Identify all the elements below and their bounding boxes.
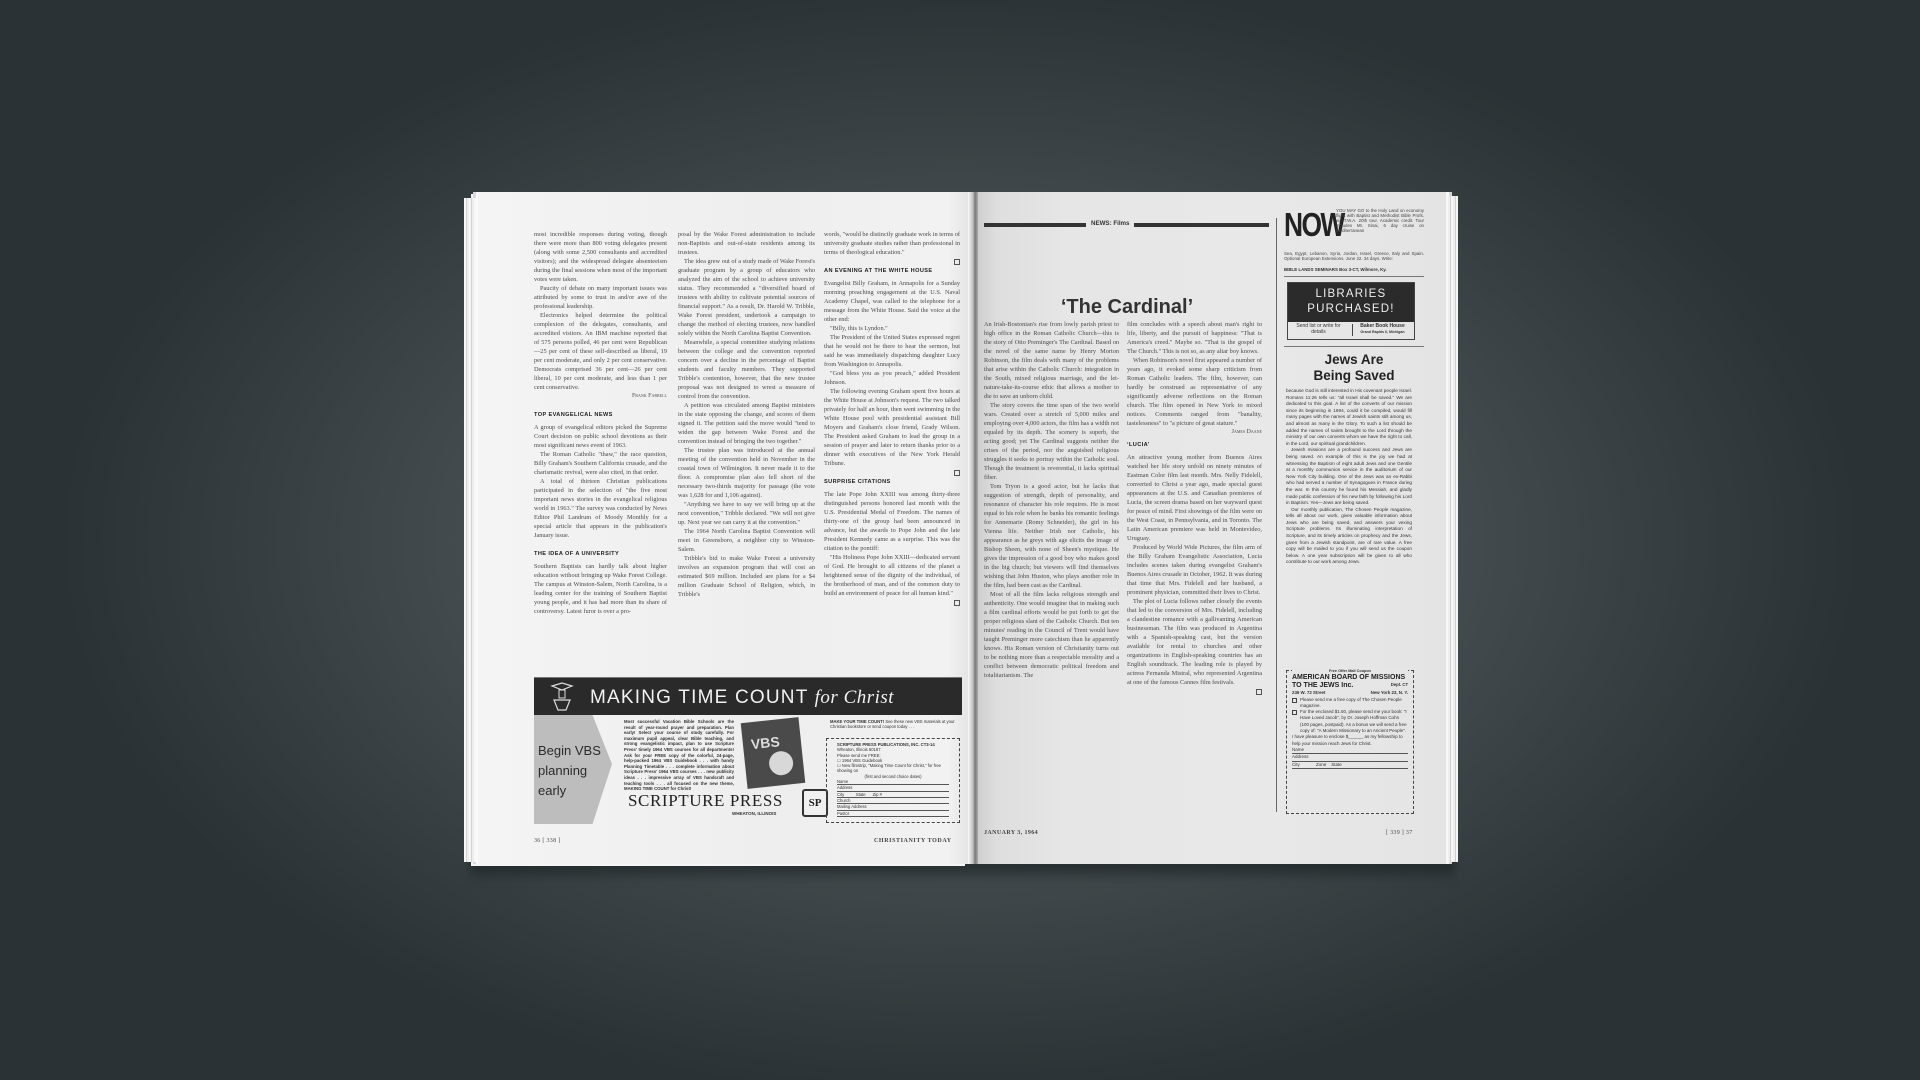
end-mark-icon (954, 600, 960, 606)
coupon-field-pastor[interactable]: Pastor (837, 811, 949, 817)
ad-arrow-text: Begin VBS planning early (538, 741, 618, 801)
right-col-1: An Irish-Bostonian's rise from lowly par… (984, 320, 1119, 680)
left-col-2: posal by the Wake Forest administration … (678, 230, 815, 599)
magazine-spread: most incredible responses during voting,… (478, 192, 1446, 866)
paragraph: The Roman Catholic "thaw," the race ques… (534, 450, 667, 477)
paragraph: "God bless you as you preach," added Pre… (824, 369, 960, 387)
scripture-press-ad: MAKING TIME COUNT for Christ Begin VBS p… (534, 677, 964, 825)
paragraph: An Irish-Bostonian's rise from lowly par… (984, 320, 1119, 401)
paragraph: The following evening Graham spent five … (824, 387, 960, 468)
paragraph: An attractive young mother from Buenos A… (1127, 453, 1262, 543)
section-heading: THE IDEA OF A UNIVERSITY (534, 550, 667, 559)
left-page: most incredible responses during voting,… (478, 192, 972, 864)
paragraph: The late Pope John XXIII was among thirt… (824, 490, 960, 553)
paragraph: "His Holiness Pope John XXIII—dedicated … (824, 553, 960, 598)
checkbox-icon (1292, 710, 1297, 715)
page-number-left: 36 [ 338 ] (534, 838, 561, 844)
section-heading: SURPRISE CITATIONS (824, 478, 960, 487)
byline: James Daane (1127, 428, 1262, 437)
column-divider (1276, 218, 1277, 812)
paragraph: "Anything we have to say we will bring u… (678, 500, 815, 527)
ad-body-text: Most successful Vacation Bible Schools a… (624, 719, 734, 792)
ad-headline: NOW (1284, 206, 1344, 244)
bible-lands-ad: NOW YOU MAY GO to the Holy Land on econo… (1284, 206, 1424, 274)
ad-arrow-shape: Begin VBS planning early (534, 715, 612, 824)
ad-headline: Jews Are Being Saved (1284, 352, 1424, 384)
right-col-2: film concludes with a speech about man's… (1127, 320, 1262, 695)
paragraph: Evangelist Billy Graham, in Annapolis fo… (824, 279, 960, 324)
issue-date: JANUARY 3, 1964 (984, 830, 1038, 836)
ad-banner: MAKING TIME COUNT for Christ (534, 677, 962, 715)
coupon-field-name[interactable]: Name (1292, 747, 1408, 754)
paragraph: Produced by World Wide Pictures, the fil… (1127, 543, 1262, 597)
page-edges-right (1448, 196, 1458, 862)
section-label: NEWS: Films (1088, 220, 1133, 227)
paragraph: most incredible responses during voting,… (534, 230, 667, 284)
page-number-right: [ 339 ] 37 (1386, 830, 1413, 836)
paragraph: Tribble's bid to make Wake Forest a univ… (678, 554, 815, 599)
byline: Frank Farrell (534, 392, 667, 401)
divider (1284, 276, 1424, 277)
ad-banner-title: MAKING TIME COUNT for Christ (590, 687, 894, 709)
paragraph: The President of the United States expre… (824, 333, 960, 369)
publisher-city: WHEATON, ILLINOIS (732, 811, 776, 816)
paragraph: posal by the Wake Forest administration … (678, 230, 815, 257)
coupon-option[interactable]: ☐ New filmstrip, "Making Time Count for … (837, 763, 949, 774)
libraries-purchased-ad: LIBRARIES PURCHASED! Send list or write … (1287, 282, 1415, 340)
publisher-name: SCRIPTURE PRESS (628, 791, 783, 811)
vbs-book-image: VBS (741, 717, 806, 789)
checkbox-icon (1292, 698, 1297, 703)
ad-headline: LIBRARIES PURCHASED! (1288, 283, 1414, 322)
coupon-field-address[interactable]: Address (1292, 754, 1408, 761)
sp-logo-icon: SP (802, 789, 828, 817)
paragraph: When Robinson's novel first appeared a n… (1127, 356, 1262, 428)
ad-cta: MAKE YOUR TIME COUNT! See these new VBS … (830, 719, 958, 729)
paragraph: The 1964 North Carolina Baptist Conventi… (678, 527, 815, 554)
hourglass-icon (548, 682, 576, 712)
page-edges-left (464, 198, 476, 862)
end-mark-icon (954, 470, 960, 476)
paragraph: The idea grew out of a study made of Wak… (678, 257, 815, 338)
mission-coupon: Free Offer Mail Coupon AMERICAN BOARD OF… (1286, 670, 1414, 814)
coupon-option[interactable]: Please send me a free copy of The Chosen… (1292, 697, 1408, 710)
paragraph: A total of thirteen Christian publicatio… (534, 477, 667, 540)
paragraph: Most of all the film lacks religious str… (984, 590, 1119, 680)
right-page: NEWS: Films ‘The Cardinal’ An Irish-Bost… (972, 192, 1446, 864)
vbs-coupon: SCRIPTURE PRESS PUBLICATIONS, INC. CT3-1… (826, 738, 960, 823)
paragraph: A group of evangelical editors picked th… (534, 423, 667, 450)
coupon-option[interactable]: For the enclosed $1.50, please send me y… (1292, 709, 1408, 734)
section-heading: TOP EVANGELICAL NEWS (534, 411, 667, 420)
paragraph: The trustee plan was introduced at the a… (678, 446, 815, 500)
left-col-1: most incredible responses during voting,… (534, 230, 667, 616)
paragraph: The story covers the time span of the tw… (984, 401, 1119, 482)
paragraph: Meanwhile, a special committee studying … (678, 338, 815, 401)
spine-gutter (968, 192, 978, 864)
coupon-field-city[interactable]: City Zone State (1292, 762, 1408, 769)
paragraph: Electronics helped determine the politic… (534, 311, 667, 392)
left-col-3: words, "would be distinctly graduate wor… (824, 230, 960, 606)
paragraph: Paucity of debate on many important issu… (534, 284, 667, 311)
paragraph: film concludes with a speech about man's… (1127, 320, 1262, 356)
divider (1284, 346, 1424, 347)
article-title: ‘The Cardinal’ (972, 296, 1282, 319)
paragraph: Southern Baptists can hardly talk about … (534, 562, 667, 616)
section-heading: AN EVENING AT THE WHITE HOUSE (824, 267, 960, 276)
paragraph: words, "would be distinctly graduate wor… (824, 230, 960, 257)
paragraph: Tom Tryon is a good actor, but he lacks … (984, 482, 1119, 590)
section-heading: ‘LUCIA’ (1127, 441, 1262, 450)
paragraph: The plot of Lucia follows rather closely… (1127, 597, 1262, 687)
paragraph: A petition was circulated among Baptist … (678, 401, 815, 446)
section-header: NEWS: Films (984, 222, 1269, 228)
magazine-name: CHRISTIANITY TODAY (874, 838, 952, 844)
jews-ad-body: because God is still interested in His c… (1286, 388, 1412, 566)
end-mark-icon (1256, 689, 1262, 695)
paragraph: "Billy, this is Lyndon." (824, 324, 960, 333)
end-mark-icon (954, 259, 960, 265)
